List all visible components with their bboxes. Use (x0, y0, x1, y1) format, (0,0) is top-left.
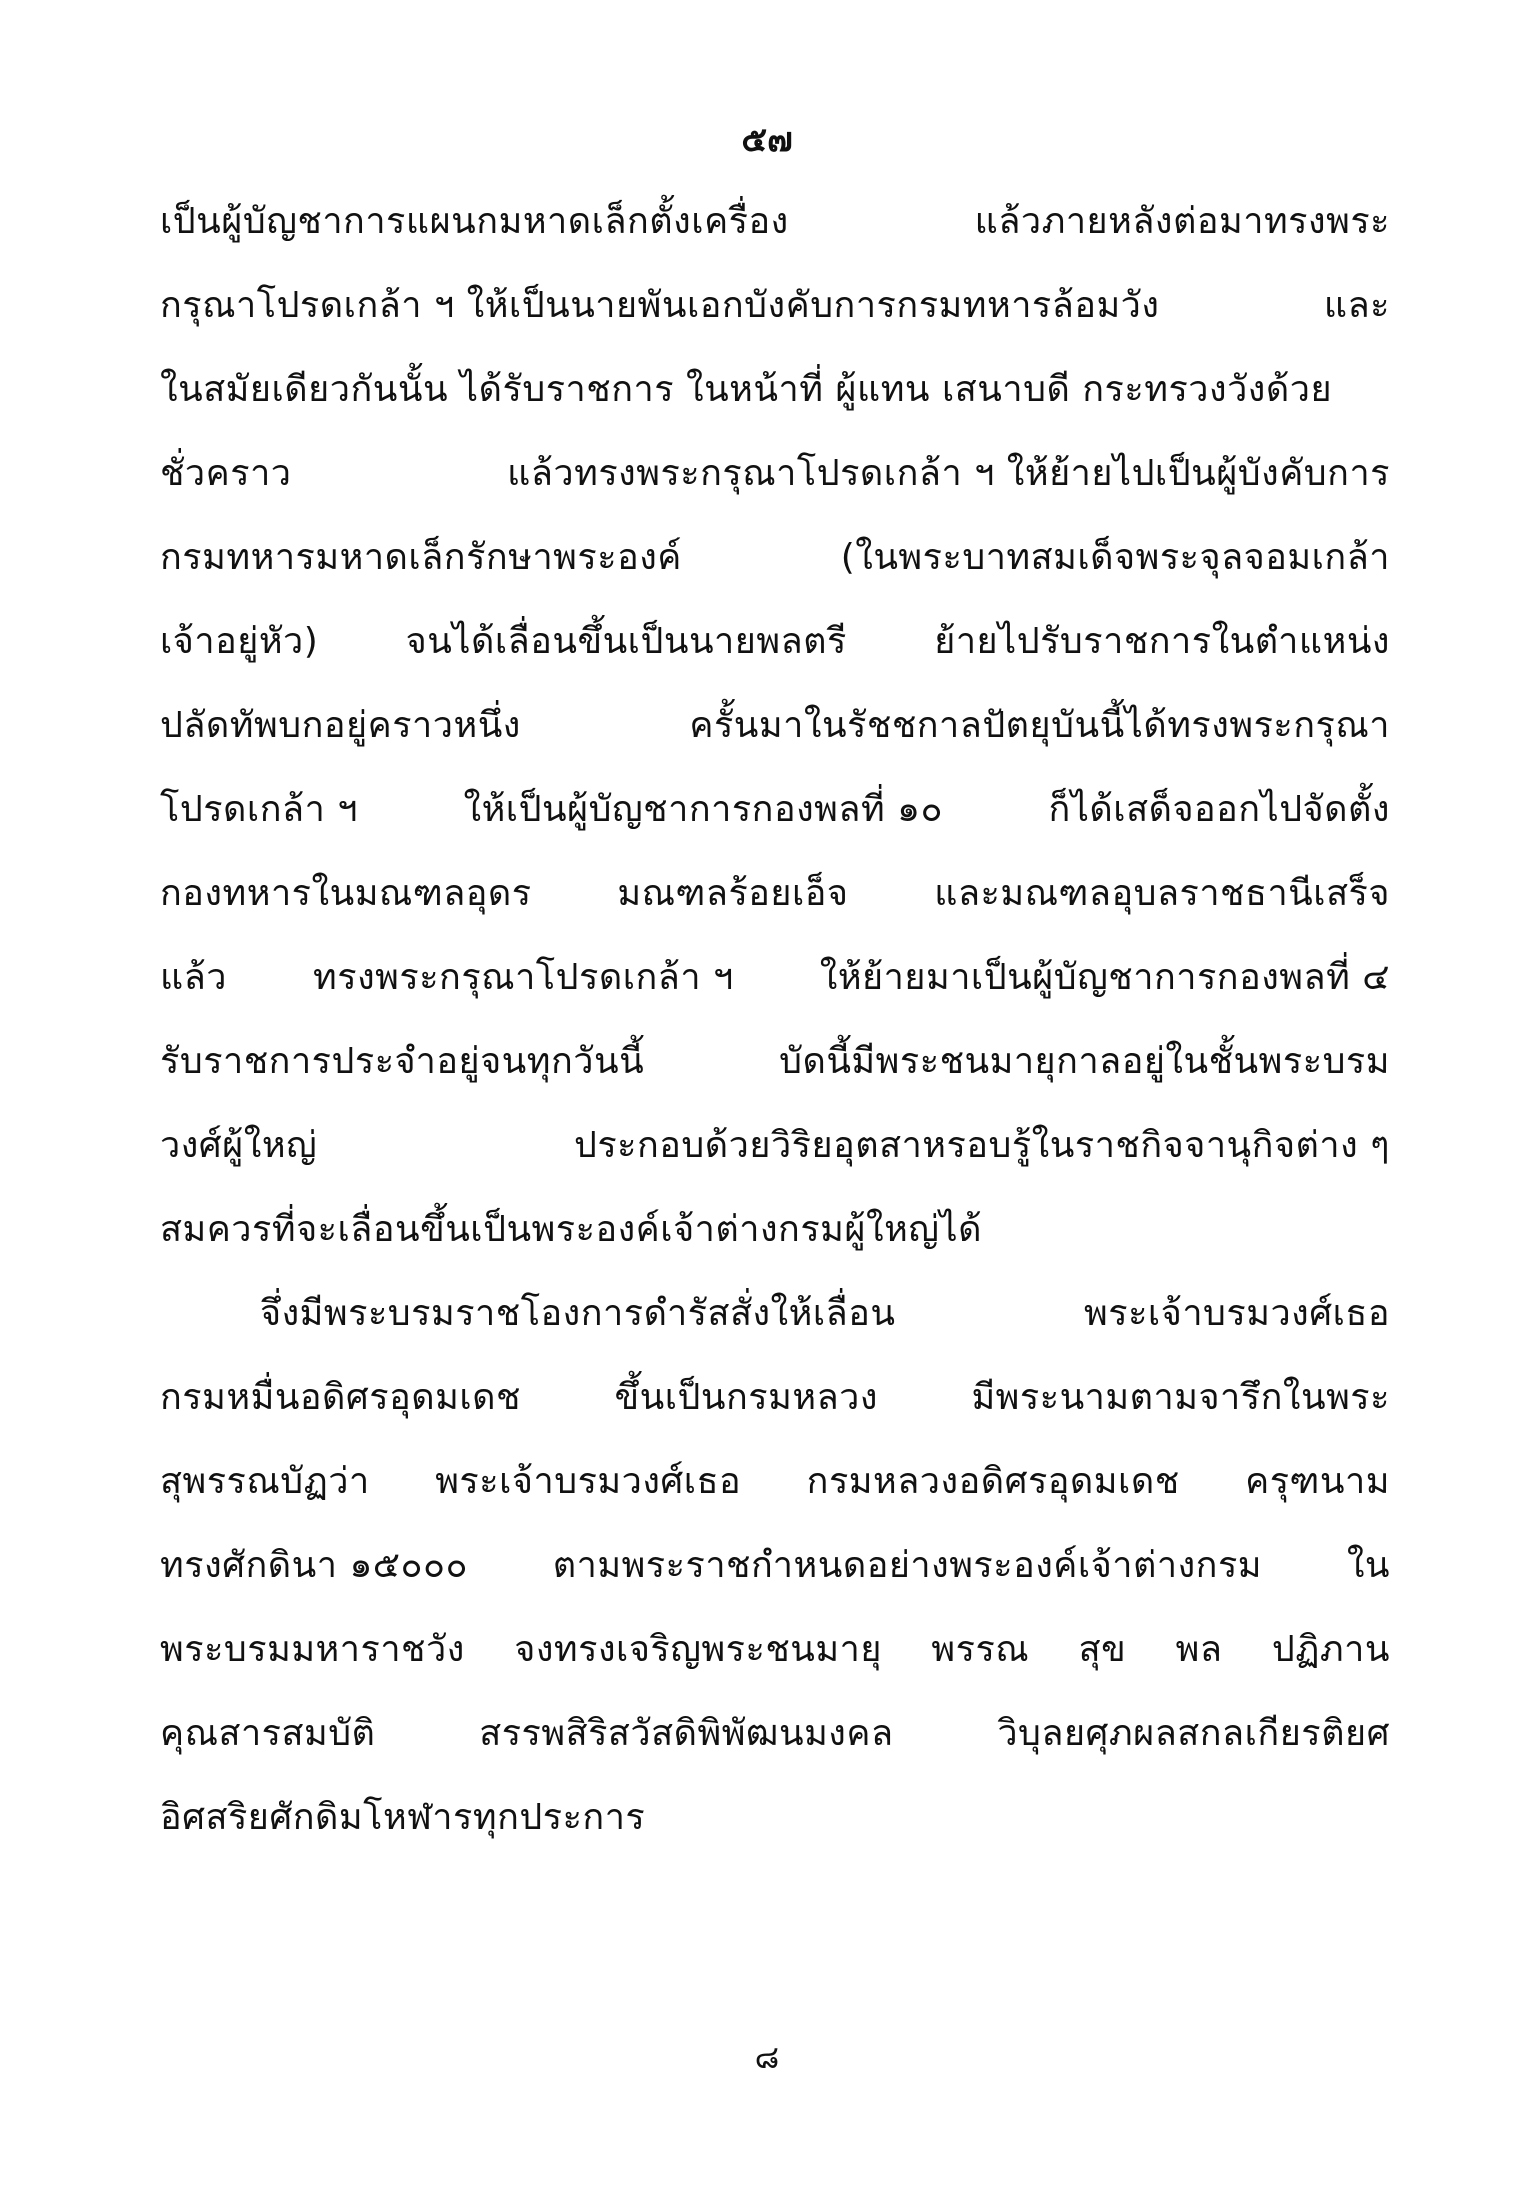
text-segment: สุข (1079, 1608, 1127, 1692)
text-line: วงศ์ผู้ใหญ่ ประกอบด้วยวิริยอุตสาหรอบรู้ใ… (160, 1104, 1390, 1188)
text-segment: จึ่งมีพระบรมราชโองการดำรัสสั่งให้เลื่อน (260, 1272, 895, 1356)
text-segment: รับราชการประจำอยู่จนทุกวันนี้ (160, 1020, 644, 1104)
paragraph-1: เป็นผู้บัญชาการแผนกมหาดเล็กตั้งเครื่อง แ… (160, 180, 1390, 1272)
text-segment: วงศ์ผู้ใหญ่ (160, 1104, 317, 1188)
text-line: กรุณาโปรดเกล้า ฯ ให้เป็นนายพันเอกบังคับก… (160, 264, 1390, 348)
text-segment: ให้ย้ายมาเป็นผู้บัญชาการกองพลที่ ๔ (820, 936, 1390, 1020)
text-line: ในสมัยเดียวกันนั้น ได้รับราชการ ในหน้าที… (160, 348, 1390, 432)
text-segment: ย้ายไปรับราชการในตำแหน่ง (934, 600, 1390, 684)
text-line: รับราชการประจำอยู่จนทุกวันนี้ บัดนี้มีพร… (160, 1020, 1390, 1104)
text-segment: พระบรมมหาราชวัง (160, 1608, 465, 1692)
text-segment: ประกอบด้วยวิริยอุตสาหรอบรู้ในราชกิจจานุก… (574, 1104, 1390, 1188)
text-segment: กรมหลวงอดิศรอุดมเดช (807, 1440, 1180, 1524)
text-line: พระบรมมหาราชวัง จงทรงเจริญพระชนมายุ พรรณ… (160, 1608, 1390, 1692)
text-line: จึ่งมีพระบรมราชโองการดำรัสสั่งให้เลื่อน … (160, 1272, 1390, 1356)
text-segment: สุพรรณบัฏว่า (160, 1440, 370, 1524)
text-segment: มณฑลร้อยเอ็จ (617, 852, 848, 936)
text-line: คุณสารสมบัติ สรรพสิริสวัสดิพิพัฒนมงคล วิ… (160, 1692, 1390, 1776)
text-segment: ในสมัยเดียวกันนั้น ได้รับราชการ ในหน้าที… (160, 348, 1332, 432)
text-segment: ขึ้นเป็นกรมหลวง (614, 1356, 877, 1440)
text-line: ชั่วคราว แล้วทรงพระกรุณาโปรดเกล้า ฯ ให้ย… (160, 432, 1390, 516)
text-segment: ใน (1347, 1524, 1390, 1608)
text-segment: แล้วภายหลังต่อมาทรงพระ (975, 180, 1390, 264)
text-line: สมควรที่จะเลื่อนขึ้นเป็นพระองค์เจ้าต่างก… (160, 1188, 1390, 1272)
text-segment: สมควรที่จะเลื่อนขึ้นเป็นพระองค์เจ้าต่างก… (160, 1188, 982, 1272)
text-segment: อิศสริยศักดิมโหฬารทุกประการ (160, 1776, 645, 1860)
text-segment: วิบุลยศุภผลสกลเกียรติยศ (997, 1692, 1390, 1776)
text-segment: ชั่วคราว (160, 432, 292, 516)
text-line: แล้ว ทรงพระกรุณาโปรดเกล้า ฯ ให้ย้ายมาเป็… (160, 936, 1390, 1020)
text-segment: พระเจ้าบรมวงศ์เธอ (435, 1440, 741, 1524)
text-segment: กองทหารในมณฑลอุดร (160, 852, 532, 936)
text-segment: ทรงศักดินา ๑๕๐๐๐ (160, 1524, 468, 1608)
text-segment: ให้เป็นผู้บัญชาการกองพลที่ ๑๐ (463, 768, 942, 852)
text-segment: ทรงพระกรุณาโปรดเกล้า ฯ (313, 936, 734, 1020)
page-footer-marker: ๘ (0, 2032, 1534, 2083)
document-body: เป็นผู้บัญชาการแผนกมหาดเล็กตั้งเครื่อง แ… (160, 180, 1390, 1860)
text-segment: เป็นผู้บัญชาการแผนกมหาดเล็กตั้งเครื่อง (160, 180, 789, 264)
text-segment: แล้วทรงพระกรุณาโปรดเกล้า ฯ ให้ย้ายไปเป็น… (507, 432, 1390, 516)
text-line: กรมทหารมหาดเล็กรักษาพระองค์ (ในพระบาทสมเ… (160, 516, 1390, 600)
text-segment: ก็ได้เสด็จออกไปจัดตั้ง (1049, 768, 1390, 852)
text-segment: กรมหมื่นอดิศรอุดมเดช (160, 1356, 521, 1440)
page-header-number: ๕๗ (0, 112, 1534, 166)
text-line: อิศสริยศักดิมโหฬารทุกประการ (160, 1776, 1390, 1860)
text-line: เจ้าอยู่หัว) จนได้เลื่อนขึ้นเป็นนายพลตรี… (160, 600, 1390, 684)
text-segment: สรรพสิริสวัสดิพิพัฒนมงคล (479, 1692, 893, 1776)
text-segment: ปฏิภาน (1272, 1608, 1390, 1692)
text-segment: พรรณ (931, 1608, 1029, 1692)
text-segment: บัดนี้มีพระชนมายุกาลอยู่ในชั้นพระบรม (779, 1020, 1390, 1104)
text-segment: โปรดเกล้า ฯ (160, 768, 358, 852)
text-segment: จนได้เลื่อนขึ้นเป็นนายพลตรี (406, 600, 847, 684)
text-line: กองทหารในมณฑลอุดร มณฑลร้อยเอ็จ และมณฑลอุ… (160, 852, 1390, 936)
text-line: โปรดเกล้า ฯ ให้เป็นผู้บัญชาการกองพลที่ ๑… (160, 768, 1390, 852)
text-segment: กรุณาโปรดเกล้า ฯ ให้เป็นนายพันเอกบังคับก… (160, 264, 1159, 348)
text-line: ปลัดทัพบกอยู่คราวหนึ่ง ครั้นมาในรัชชกาลป… (160, 684, 1390, 768)
text-segment: ตามพระราชกำหนดอย่างพระองค์เจ้าต่างกรม (553, 1524, 1262, 1608)
text-segment: พระเจ้าบรมวงศ์เธอ (1084, 1272, 1390, 1356)
paragraph-2: จึ่งมีพระบรมราชโองการดำรัสสั่งให้เลื่อน … (160, 1272, 1390, 1860)
text-segment: กรมทหารมหาดเล็กรักษาพระองค์ (160, 516, 682, 600)
text-segment: ครุฑนาม (1245, 1440, 1390, 1524)
text-segment: ครั้นมาในรัชชกาลปัตยุบันนี้ได้ทรงพระกรุณ… (689, 684, 1390, 768)
text-segment: (ในพระบาทสมเด็จพระจุลจอมเกล้า (841, 516, 1390, 600)
text-segment: แล้ว (160, 936, 227, 1020)
text-line: ทรงศักดินา ๑๕๐๐๐ ตามพระราชกำหนดอย่างพระอ… (160, 1524, 1390, 1608)
text-line: เป็นผู้บัญชาการแผนกมหาดเล็กตั้งเครื่อง แ… (160, 180, 1390, 264)
text-segment: จงทรงเจริญพระชนมายุ (514, 1608, 882, 1692)
text-segment: ปลัดทัพบกอยู่คราวหนึ่ง (160, 684, 521, 768)
text-segment: คุณสารสมบัติ (160, 1692, 375, 1776)
text-segment: มีพระนามตามจารึกในพระ (971, 1356, 1390, 1440)
text-segment: และมณฑลอุบลราชธานีเสร็จ (934, 852, 1390, 936)
text-segment: และ (1324, 264, 1390, 348)
text-line: สุพรรณบัฏว่า พระเจ้าบรมวงศ์เธอ กรมหลวงอด… (160, 1440, 1390, 1524)
text-segment: เจ้าอยู่หัว) (160, 600, 318, 684)
text-line: กรมหมื่นอดิศรอุดมเดช ขึ้นเป็นกรมหลวง มีพ… (160, 1356, 1390, 1440)
text-segment: พล (1176, 1608, 1223, 1692)
